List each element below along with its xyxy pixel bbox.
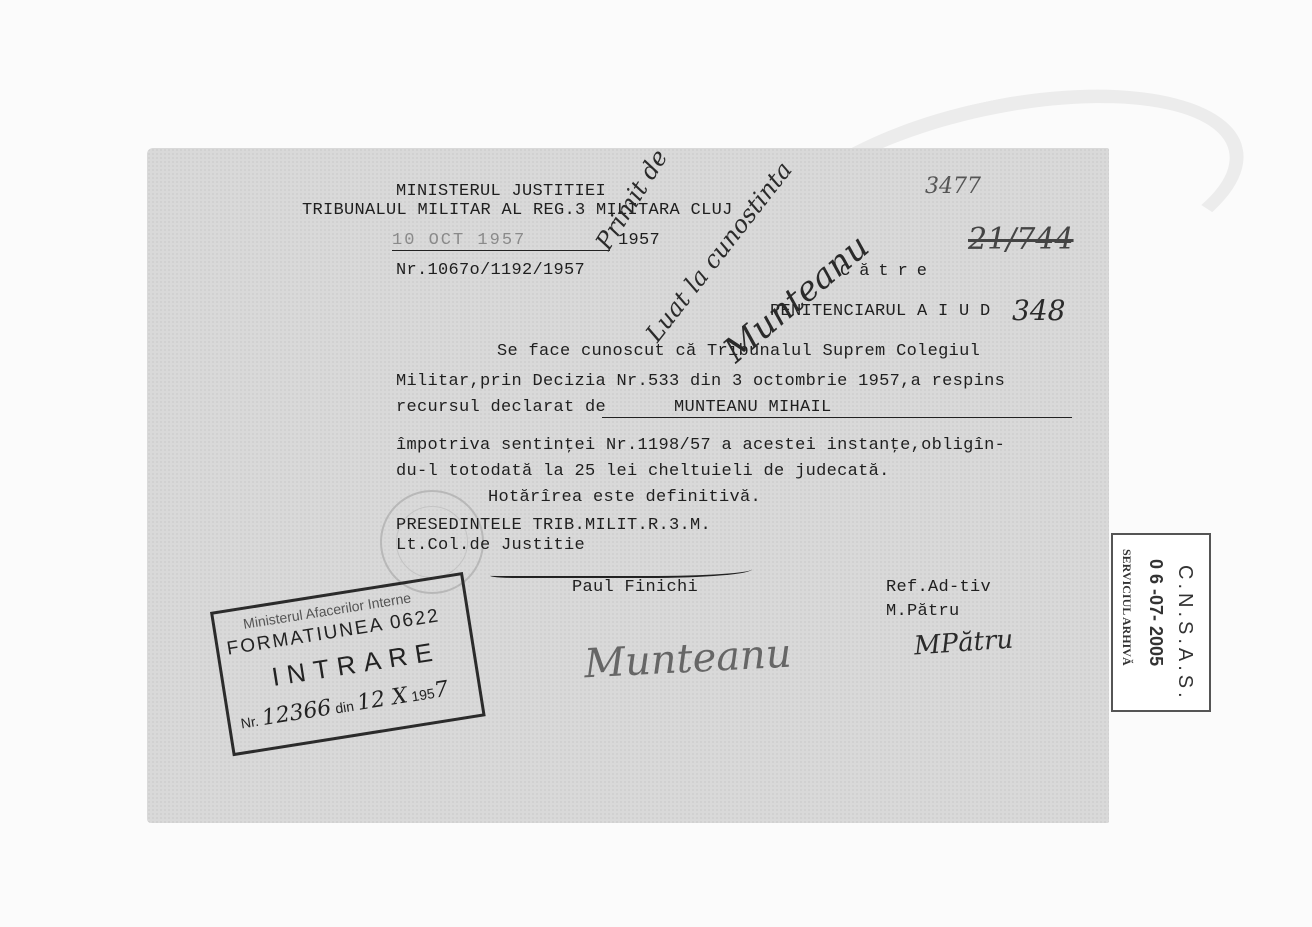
intrare-nr-label: Nr. (240, 713, 260, 732)
cnsas-title: C.N.S.A.S. (1173, 565, 1196, 702)
date-stamp: 10 OCT 1957 (392, 231, 610, 251)
appellant-name: MUNTEANU MIHAIL (602, 398, 1072, 418)
president-rank: Lt.Col.de Justitie (396, 536, 585, 555)
ministry-heading: MINISTERUL JUSTITIEI (396, 182, 606, 201)
reference-number: Nr.1067o/1192/1957 (396, 261, 585, 280)
cnsas-date: 0 6 -07- 2005 (1145, 559, 1166, 666)
body-line-2: Militar,prin Decizia Nr.533 din 3 octomb… (396, 372, 1005, 391)
tribunal-heading: TRIBUNALUL MILITAR AL REG.3 MILITARA CLU… (302, 201, 733, 220)
body-line-3-prefix: recursul declarat de (396, 398, 606, 417)
intrare-year-prefix: 195 (410, 685, 436, 704)
intrare-nr-value: 12366 (260, 695, 333, 731)
clerk-title: Ref.Ad-tiv (886, 578, 991, 597)
intrare-din-value: 12 X (355, 683, 409, 716)
body-line-5: du-l totodată la 25 lei cheltuieli de ju… (396, 462, 890, 481)
president-signature-stroke (490, 556, 752, 578)
clerk-name: M.Pătru (886, 602, 960, 621)
handwritten-number-right: 348 (1012, 294, 1065, 327)
cnsas-archive-stamp: C.N.S.A.S. 0 6 -07- 2005 SERVICIUL ARHIV… (1111, 533, 1211, 712)
president-title: PRESEDINTELE TRIB.MILIT.R.3.M. (396, 516, 711, 535)
body-line-4: împotriva sentinţei Nr.1198/57 a acestei… (396, 436, 1005, 455)
intrare-stamp-entry-line: Nr. 12366 din 12 X 1957 (239, 677, 450, 735)
intrare-year-suffix: 7 (432, 677, 450, 704)
handwritten-number-top: 3477 (925, 174, 981, 199)
president-name: Paul Finichi (572, 578, 698, 597)
intrare-din-label: din (334, 698, 355, 717)
body-line-6: Hotărîrea este definitivă. (488, 488, 761, 507)
handwritten-number-struck: 21/744 (968, 222, 1074, 257)
cnsas-department: SERVICIUL ARHIVĂ (1119, 549, 1134, 666)
